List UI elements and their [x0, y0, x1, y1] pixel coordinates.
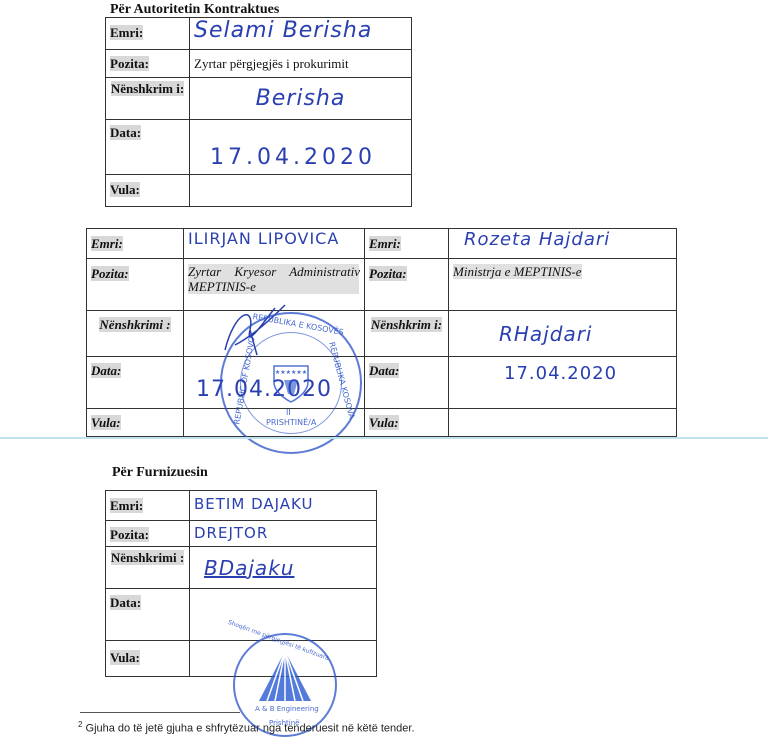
- right-label-stamp: Vula:: [365, 409, 449, 437]
- footnote: 2 Gjuha do të jetë gjuha e shfrytëzuar n…: [78, 720, 415, 735]
- label-date: Data:: [106, 120, 190, 175]
- supplier-signature: BDajaku: [190, 547, 377, 589]
- left-label-signature: Nënshkrimi :: [87, 311, 184, 357]
- section1-heading: Për Autoritetin Kontraktues: [110, 2, 279, 18]
- ministry-stamp: ★★★★★★ REPUBLIKA E KOSOVËS II PRISHTINË/…: [220, 312, 362, 454]
- pyramid-logo-icon: [255, 649, 315, 704]
- supplier-stamp-company: A & B Engineering: [255, 705, 319, 713]
- svg-text:★★★★★★: ★★★★★★: [275, 369, 307, 376]
- kosovo-emblem-icon: ★★★★★★: [272, 362, 310, 404]
- right-label-date: Data:: [365, 357, 449, 409]
- value-date: 17.04.2020: [190, 120, 412, 175]
- supplier-value-name: BETIM DAJAKU: [190, 491, 377, 521]
- supplier-label-position: Pozita:: [106, 521, 190, 547]
- footnote-separator: [80, 712, 240, 713]
- left-label-position: Pozita:: [87, 259, 184, 311]
- label-name: Emri:: [106, 18, 190, 50]
- value-position: Zyrtar përgjegjës i prokurimit: [190, 50, 412, 78]
- page-break-line: [0, 437, 768, 439]
- right-label-name: Emri:: [365, 229, 449, 259]
- signature-1: Berisha: [190, 78, 412, 120]
- label-signature: Nënshkrim i:: [106, 78, 190, 120]
- stamp-number: II: [286, 408, 291, 417]
- label-stamp: Vula:: [106, 175, 190, 207]
- label-position: Pozita:: [106, 50, 190, 78]
- left-value-name: ILIRJAN LIPOVICA: [184, 229, 365, 259]
- supplier-value-position: DREJTOR: [190, 521, 377, 547]
- supplier-label-date: Data:: [106, 589, 190, 641]
- left-label-date: Data:: [87, 357, 184, 409]
- right-value-stamp: [449, 409, 677, 437]
- right-label-position: Pozita:: [365, 259, 449, 311]
- supplier-table: Emri: BETIM DAJAKU Pozita: DREJTOR Nënsh…: [105, 490, 377, 677]
- supplier-label-name: Emri:: [106, 491, 190, 521]
- supplier-label-stamp: Vula:: [106, 641, 190, 677]
- stamp-city: PRISHTINË/A: [266, 418, 316, 427]
- right-value-name: Rozeta Hajdari: [449, 229, 677, 259]
- ministry-table: Emri: ILIRJAN LIPOVICA Emri: Rozeta Hajd…: [86, 228, 677, 437]
- right-signature: RHajdari: [449, 311, 677, 357]
- value-stamp: [190, 175, 412, 207]
- contracting-authority-table: Emri: Selami Berisha Pozita: Zyrtar përg…: [105, 17, 412, 207]
- left-label-name: Emri:: [87, 229, 184, 259]
- right-label-signature: Nënshkrim i:: [365, 311, 449, 357]
- right-value-date: 17.04.2020: [449, 357, 677, 409]
- supplier-label-signature: Nënshkrimi :: [106, 547, 190, 589]
- right-value-position: Ministrja e MEPTINIS-e: [449, 259, 677, 311]
- section3-heading: Për Furnizuesin: [112, 465, 208, 481]
- left-label-stamp: Vula:: [87, 409, 184, 437]
- value-name: Selami Berisha: [190, 18, 412, 50]
